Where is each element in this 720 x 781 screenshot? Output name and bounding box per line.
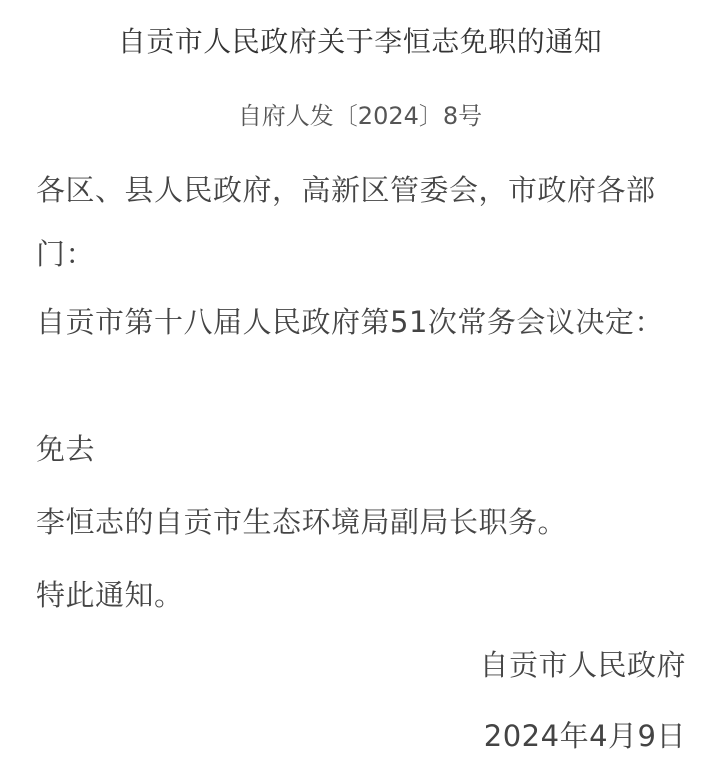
addressee-paragraph: 各区、县人民政府，高新区管委会，市政府各部门： (36, 158, 688, 286)
action-paragraph: 免去 (36, 417, 688, 481)
decision-intro-paragraph: 自贡市第十八届人民政府第51次常务会议决定： (36, 290, 688, 354)
notice-document: 自贡市人民政府关于李恒志免职的通知 自府人发〔2024〕8号 各区、县人民政府，… (0, 0, 720, 781)
signature-date: 2024年4月9日 (484, 716, 686, 756)
document-title: 自贡市人民政府关于李恒志免职的通知 (0, 22, 720, 62)
signature-issuer: 自贡市人民政府 (479, 645, 686, 685)
detail-paragraph: 李恒志的自贡市生态环境局副局长职务。 (36, 490, 688, 554)
document-number: 自府人发〔2024〕8号 (0, 98, 720, 134)
closing-paragraph: 特此通知。 (36, 563, 688, 627)
